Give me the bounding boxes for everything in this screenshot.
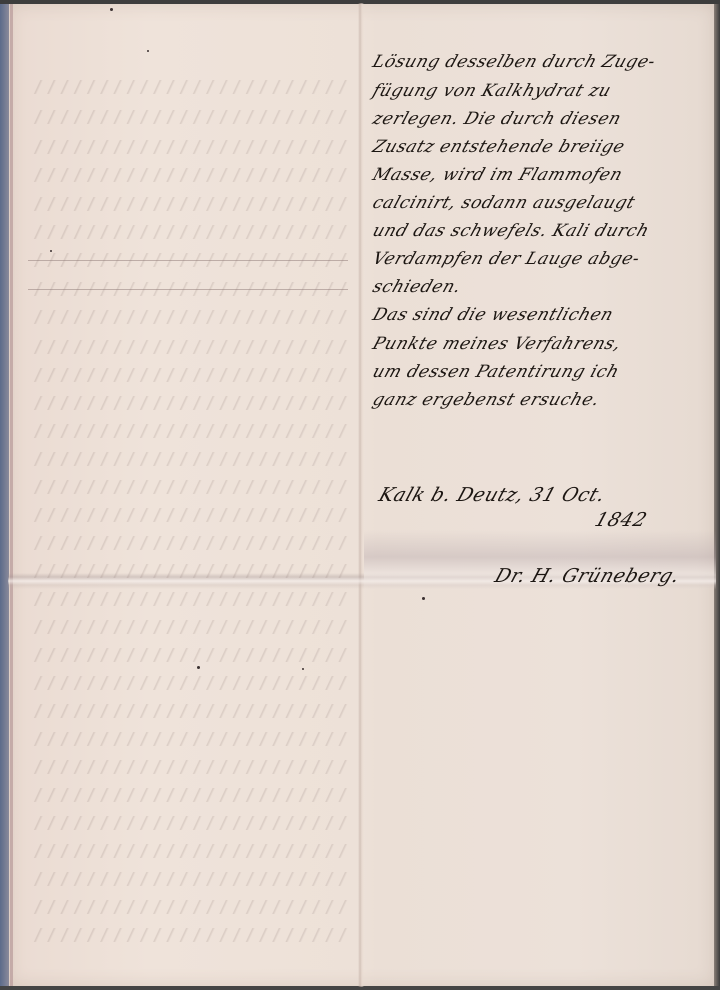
ink-speck	[422, 597, 425, 600]
body-line: zerlegen. Die durch diesen	[370, 109, 624, 129]
body-line: Verdampfen der Lauge abge-	[370, 249, 643, 269]
body-line: Das sind die wesentlichen	[370, 305, 616, 325]
body-line: fügung von Kalkhydrat zu	[370, 81, 614, 101]
bleed-through-text	[30, 60, 350, 960]
vertical-center-fold	[358, 3, 364, 987]
ink-speck	[50, 250, 52, 252]
place-date: Kalk b. Deutz, 31 Oct.	[376, 484, 608, 506]
body-line: schieden.	[370, 277, 464, 297]
year: 1842	[592, 509, 650, 531]
signature: Dr. H. Grüneberg.	[492, 565, 683, 587]
body-line: Masse, wird im Flammofen	[370, 165, 625, 185]
body-line: Lösung desselben durch Zuge-	[370, 52, 658, 72]
body-line: Punkte meines Verfahrens,	[370, 334, 624, 354]
body-line: ganz ergebenst ersuche.	[370, 390, 602, 410]
ink-speck	[197, 666, 200, 669]
paper-left-edge	[10, 3, 13, 987]
body-line: und das schwefels. Kali durch	[370, 221, 652, 241]
scan-right-border	[714, 0, 720, 990]
ink-speck	[147, 50, 149, 52]
body-line: calcinirt, sodann ausgelaugt	[370, 193, 638, 213]
scan-left-border	[0, 0, 9, 990]
ink-speck	[302, 668, 304, 670]
ink-speck	[110, 8, 113, 11]
body-line: Zusatz entstehende breiige	[370, 137, 628, 157]
body-line: um dessen Patentirung ich	[370, 362, 622, 382]
